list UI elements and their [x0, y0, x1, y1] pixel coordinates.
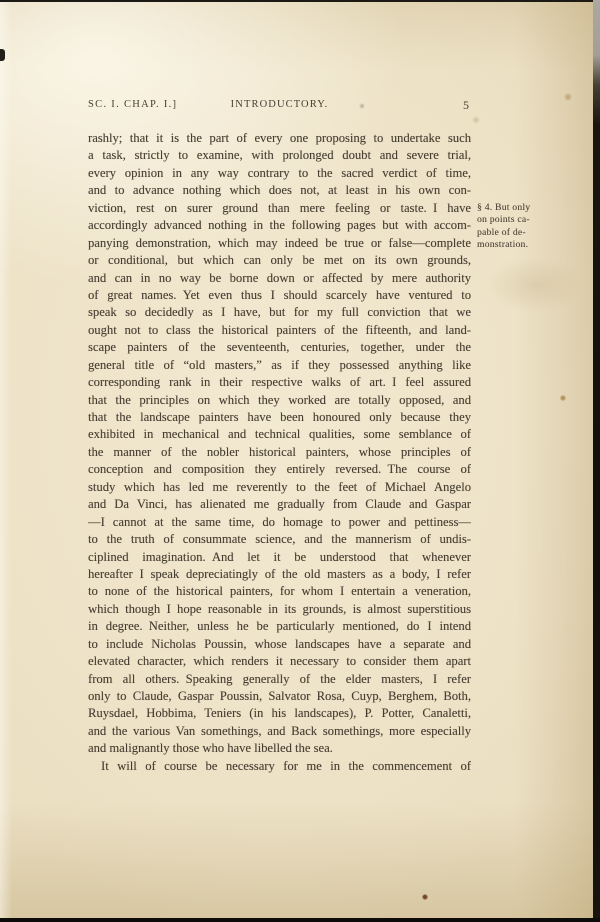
body-line: and can in no way be borne down or affec…	[88, 270, 471, 287]
body-line: the manner of the nobler historical pain…	[88, 444, 471, 461]
page-number: 5	[463, 98, 469, 113]
body-line: corresponding rank in their respective w…	[88, 374, 471, 391]
body-line: and to advance nothing which does not, a…	[88, 182, 471, 199]
margin-note-line: monstration.	[477, 239, 545, 251]
margin-note-line: pable of de-	[477, 227, 545, 239]
body-line: and malignantly those who have libelled …	[88, 740, 471, 757]
body-line: panying demonstration, which may indeed …	[88, 235, 471, 252]
body-line: general title of “old masters,” as if th…	[88, 357, 471, 374]
body-line: which though I hope reasonable in its gr…	[88, 601, 471, 618]
body-text: rashly; that it is the part of every one…	[88, 130, 471, 775]
body-line: exhibited in mechanical and technical qu…	[88, 426, 471, 443]
margin-note-line: § 4. But only	[477, 202, 545, 214]
page-title: INTRODUCTORY.	[231, 99, 329, 110]
body-line: or conditional, but which can only be me…	[88, 252, 471, 269]
body-line: elevated character, which renders it nec…	[88, 653, 471, 670]
scan-edge-top	[0, 0, 600, 2]
body-line: hereafter I speak depreciatingly of the …	[88, 566, 471, 583]
body-line: only to Claude, Gaspar Poussin, Salvator…	[88, 688, 471, 705]
body-line: to include Nicholas Poussin, whose lands…	[88, 636, 471, 653]
body-line: scape painters of the seventeenth, centu…	[88, 339, 471, 356]
body-line: from all others. Speaking generally of t…	[88, 671, 471, 688]
body-line: to none of the historical painters, for …	[88, 583, 471, 600]
running-header: SC. I. CHAP. I.] INTRODUCTORY. 5	[88, 98, 471, 114]
scan-edge-left-notch	[0, 49, 5, 61]
scanned-book-page: SC. I. CHAP. I.] INTRODUCTORY. 5 rashly;…	[0, 0, 600, 922]
body-line: conception and composition they entirely…	[88, 461, 471, 478]
body-line: of great names. Yet even thus I should s…	[88, 287, 471, 304]
body-line: and the various Van somethings, and Back…	[88, 723, 471, 740]
body-line: that the landscape painters have been ho…	[88, 409, 471, 426]
body-line: study which has led me reverently to the…	[88, 479, 471, 496]
body-line: viction, rest on surer ground than mere …	[88, 200, 471, 217]
body-line: Ruysdael, Hobbima, Teniers (in his lands…	[88, 705, 471, 722]
body-line: that the principles on which they worked…	[88, 392, 471, 409]
body-line: every opinion in any way contrary to the…	[88, 165, 471, 182]
body-line: —I cannot at the same time, do homage to…	[88, 514, 471, 531]
body-line: to the truth of consummate science, and …	[88, 531, 471, 548]
body-line: in degree. Neither, unless he be particu…	[88, 618, 471, 635]
scan-edge-right	[593, 0, 600, 922]
scan-edge-bottom	[0, 918, 600, 922]
body-line: speak so decidedly as I have, but for my…	[88, 304, 471, 321]
body-line: ciplined imagination. And let it be unde…	[88, 549, 471, 566]
margin-note: § 4. But onlyon points ca-pable of de-mo…	[477, 202, 545, 251]
body-line: rashly; that it is the part of every one…	[88, 130, 471, 147]
chapter-heading: SC. I. CHAP. I.]	[88, 99, 177, 110]
body-line: a task, strictly to examine, with prolon…	[88, 147, 471, 164]
body-line: It will of course be necessary for me in…	[88, 758, 471, 775]
body-line: accordingly advanced nothing in the foll…	[88, 217, 471, 234]
body-line: and Da Vinci, has alienated me gradually…	[88, 496, 471, 513]
body-line: ought not to class the historical painte…	[88, 322, 471, 339]
margin-note-line: on points ca-	[477, 214, 545, 226]
